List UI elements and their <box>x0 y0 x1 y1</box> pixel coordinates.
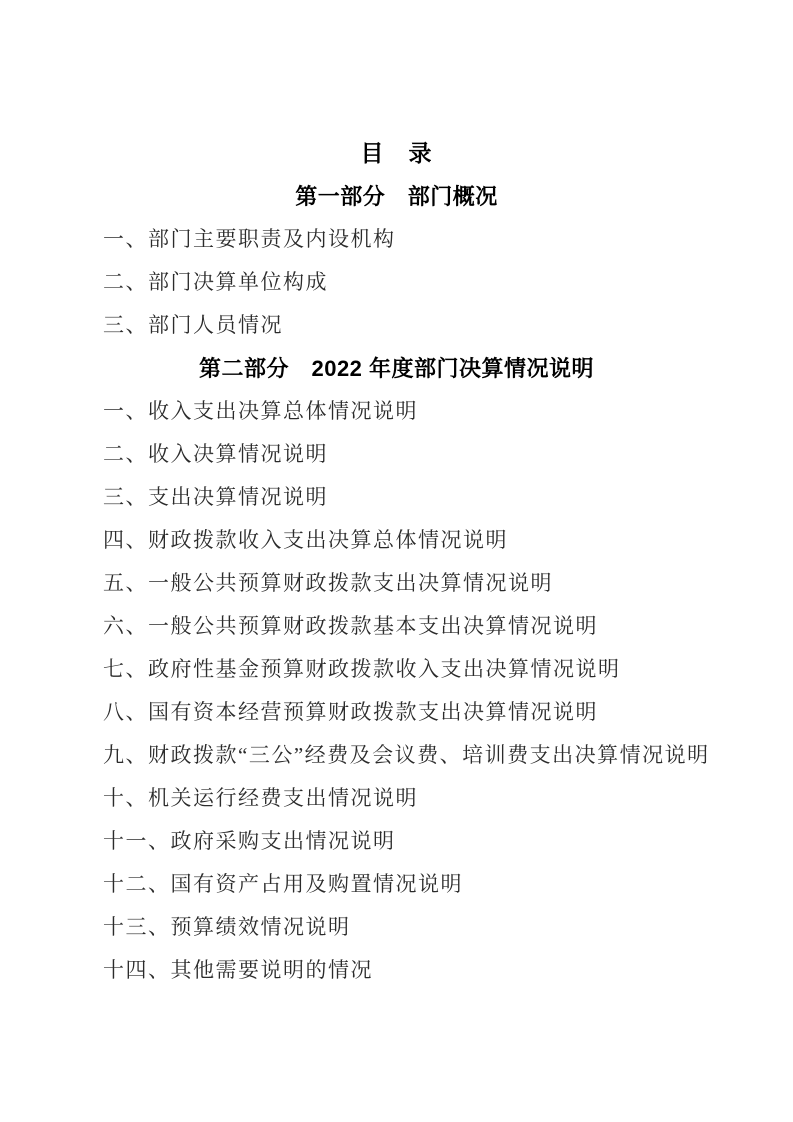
document-page: 目 录 第一部分 部门概况 一、部门主要职责及内设机构 二、部门决算单位构成 三… <box>0 0 793 1122</box>
toc-item: 一、收入支出决算总体情况说明 <box>0 390 793 433</box>
section-heading-part1: 第一部分 部门概况 <box>0 175 793 218</box>
toc-item: 十二、国有资产占用及购置情况说明 <box>0 863 793 906</box>
toc-item: 五、一般公共预算财政拨款支出决算情况说明 <box>0 562 793 605</box>
toc-item: 八、国有资本经营预算财政拨款支出决算情况说明 <box>0 691 793 734</box>
toc-item: 三、部门人员情况 <box>0 304 793 347</box>
toc-item: 十、机关运行经费支出情况说明 <box>0 777 793 820</box>
toc-item: 十三、预算绩效情况说明 <box>0 906 793 949</box>
toc-item: 六、一般公共预算财政拨款基本支出决算情况说明 <box>0 605 793 648</box>
page-title: 目 录 <box>0 132 793 175</box>
toc-item: 四、财政拨款收入支出决算总体情况说明 <box>0 519 793 562</box>
toc-item: 九、财政拨款“三公”经费及会议费、培训费支出决算情况说明 <box>0 734 793 777</box>
section-heading-part2: 第二部分 2022 年度部门决算情况说明 <box>0 347 793 390</box>
toc-item: 一、部门主要职责及内设机构 <box>0 218 793 261</box>
toc-item: 二、部门决算单位构成 <box>0 261 793 304</box>
table-of-contents: 目 录 第一部分 部门概况 一、部门主要职责及内设机构 二、部门决算单位构成 三… <box>0 0 793 992</box>
toc-item: 十四、其他需要说明的情况 <box>0 949 793 992</box>
toc-item: 三、支出决算情况说明 <box>0 476 793 519</box>
toc-item: 十一、政府采购支出情况说明 <box>0 820 793 863</box>
toc-item: 二、收入决算情况说明 <box>0 433 793 476</box>
toc-item: 七、政府性基金预算财政拨款收入支出决算情况说明 <box>0 648 793 691</box>
